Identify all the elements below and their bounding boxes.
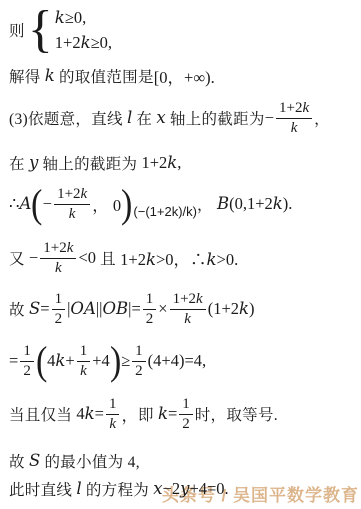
big-paren: ) (110, 341, 121, 381)
math-segment: y (29, 153, 38, 173)
fraction: 1k (106, 396, 120, 433)
text-segment: 在 (132, 107, 156, 129)
text-segment: 当且仅当 (9, 403, 76, 425)
math-segment: B(0,1+2k). (217, 194, 292, 214)
math-segment: 1+2k, (141, 153, 181, 173)
text-segment: 故 (9, 298, 29, 320)
math-segment: = (9, 351, 18, 371)
fraction-denominator: 2 (52, 310, 66, 328)
case-row: k≥0, (55, 8, 112, 28)
math-segment: 4k+ (47, 351, 75, 371)
big-paren: ( (36, 341, 47, 381)
system-cases: k≥0,1+2k≥0, (55, 8, 112, 53)
math-segment: S= (29, 299, 50, 319)
fraction: 12 (143, 291, 157, 328)
text-segment: 解得 (9, 65, 45, 87)
fraction-numerator: 1 (179, 396, 193, 415)
fraction: 1k (77, 343, 91, 380)
solution-line-10: 故 S 的最小值为 4, (9, 450, 140, 472)
fraction-denominator: 2 (132, 362, 146, 380)
fraction: 12 (132, 343, 146, 380)
fraction: 1+2kk (170, 291, 206, 328)
text-segment: 的最小值为 4, (40, 450, 140, 472)
text-segment: 又 (9, 247, 29, 269)
fraction: 1+2kk (276, 100, 312, 137)
fraction-numerator: 1+2k (54, 186, 90, 205)
text-segment: 的取值范围是 (55, 65, 154, 87)
math-segment: k= (158, 404, 177, 424)
fraction: 12 (20, 343, 34, 380)
solution-line-1: 则{k≥0,1+2k≥0, (9, 4, 112, 56)
text-segment: ， (314, 107, 330, 129)
fraction-denominator: k (288, 119, 301, 137)
text-segment: 的方程为 (82, 478, 154, 500)
math-segment: +4 (92, 351, 110, 371)
text-segment: 轴上的截距为 (38, 152, 141, 174)
text-segment: 时，取等号. (195, 403, 278, 425)
fraction-denominator: 2 (20, 362, 34, 380)
fraction-denominator: k (106, 415, 119, 433)
fraction-numerator: 1 (132, 343, 146, 362)
solution-line-5: ∴A(−1+2kk， 0)(−(1+2k)/k)， B(0,1+2k). (9, 184, 292, 224)
big-paren: ) (121, 184, 132, 224)
fraction-numerator: 1 (77, 343, 91, 362)
solution-line-11: 此时直线 l 的方程为 x−2y+4=0. (9, 478, 229, 500)
math-segment: − (29, 248, 38, 268)
math-segment: S (29, 451, 40, 471)
fraction-numerator: 1 (106, 396, 120, 415)
math-segment: |OA||OB|= (67, 299, 141, 319)
math-segment: ， (121, 402, 138, 426)
big-paren: ( (31, 184, 42, 224)
fraction-numerator: 1 (52, 291, 66, 310)
solution-line-3: (3)依题意，直线 l 在 x 轴上的截距为−1+2kk， (9, 100, 330, 137)
math-segment: ∴A (9, 194, 31, 214)
fraction-numerator: 1 (20, 343, 34, 362)
text-segment: 此时直线 (9, 478, 76, 500)
math-segment: k (45, 66, 55, 86)
solution-line-2: 解得 k 的取值范围是[0，+∞). (9, 64, 215, 88)
fraction-numerator: 1 (143, 291, 157, 310)
math-segment: x−2y+4=0. (153, 479, 228, 499)
text-segment: 则 (9, 19, 25, 41)
fraction-denominator: k (66, 205, 79, 223)
fraction-numerator: 1+2k (40, 240, 76, 259)
math-segment: ， 0 (92, 192, 121, 216)
math-segment: x (156, 108, 165, 128)
solution-line-8: =12(4k+1k+4)≥12(4+4)=4, (9, 341, 206, 381)
math-segment: [0，+∞). (154, 64, 215, 88)
math-solution-document: 头条号 / 吴国平数学教育 则{k≥0,1+2k≥0,解得 k 的取值范围是[0… (0, 0, 361, 509)
fraction: 12 (52, 291, 66, 328)
case-row: 1+2k≥0, (55, 33, 112, 53)
text-segment: 在 (9, 152, 29, 174)
fraction-denominator: 2 (179, 415, 193, 433)
fraction-denominator: k (181, 310, 194, 328)
text-segment: 即 (138, 403, 158, 425)
fraction-denominator: 2 (143, 310, 157, 328)
solution-line-6: 又 −1+2kk<0 且 1+2k>0，∴k>0. (9, 240, 238, 277)
inline-annotation: (−(1+2k)/k) (132, 204, 197, 224)
text-segment: (3)依题意，直线 (9, 107, 127, 129)
fraction-numerator: 1+2k (276, 100, 312, 119)
fraction-denominator: k (77, 362, 90, 380)
fraction-denominator: k (52, 259, 65, 277)
fraction: 12 (179, 396, 193, 433)
fraction-numerator: 1+2k (170, 291, 206, 310)
solution-line-4: 在 y 轴上的截距为 1+2k, (9, 152, 181, 174)
math-segment: (1+2k) (208, 299, 255, 319)
text-segment: 故 (9, 450, 29, 472)
math-segment: − (43, 194, 52, 214)
math-segment: 4k= (76, 404, 104, 424)
text-segment: ， (197, 193, 217, 215)
math-segment: 1+2k>0，∴k>0. (120, 246, 238, 270)
fraction: 1+2kk (40, 240, 76, 277)
math-segment: − (265, 108, 274, 128)
solution-line-7: 故 S=12|OA||OB|=12×1+2kk(1+2k) (9, 291, 255, 328)
math-segment: (4+4)=4, (148, 351, 206, 371)
math-segment: ≥ (121, 351, 130, 371)
math-segment: × (158, 299, 167, 319)
fraction: 1+2kk (54, 186, 90, 223)
math-segment: <0 (78, 248, 96, 268)
solution-line-9: 当且仅当 4k=1k，即 k=12时，取等号. (9, 396, 278, 433)
system-brace: { (28, 4, 53, 56)
text-segment: 且 (96, 247, 120, 269)
text-segment: 轴上的截距为 (166, 107, 265, 129)
